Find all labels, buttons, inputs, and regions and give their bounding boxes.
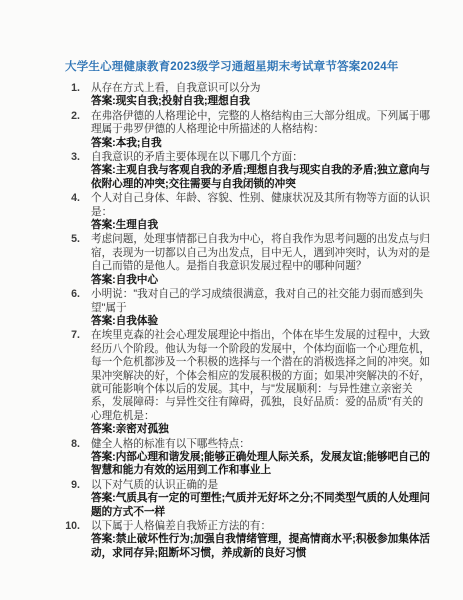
question-stem: 自我意识的矛盾主要体现在以下哪几个方面： (91, 151, 431, 164)
question-number: 9. (65, 479, 91, 492)
question-number: 2. (65, 110, 91, 123)
question-item: 9. 以下对气质的认识正确的是 答案:气质具有一定的可塑性;气质并无好坏之分;不… (65, 479, 445, 519)
question-answer: 答案:内部心理和谐发展;能够正确处理人际关系，发展友谊;能够吧自己的智慧和能力有… (91, 451, 431, 478)
question-stem: 在埃里克森的社会心理发展理论中指出，个体在毕生发展的过程中，大致经历八个阶段。他… (91, 329, 431, 423)
question-stem: 以下属于人格偏差自我矫正方法的有： (91, 520, 431, 533)
question-answer: 答案:亲密对孤独 (91, 423, 431, 436)
question-stem: 考虑问题，处理事情都已自我为中心，将自我作为思考问题的出发点与归宿，表现为一切都… (91, 233, 431, 273)
question-item: 6. 小明说："我对自己的学习成绩很满意，我对自己的社交能力弱而感到失望"属于 … (65, 288, 445, 328)
question-answer: 答案:本我;自我 (91, 137, 431, 150)
question-item: 4. 个人对自己身体、年龄、容貌、性别、健康状况及其所有物等方面的认识是： 答案… (65, 192, 445, 232)
question-stem: 从存在方式上看，自我意识可以分为 (91, 82, 431, 95)
question-number: 7. (65, 329, 91, 342)
question-number: 5. (65, 233, 91, 246)
question-number: 3. (65, 151, 91, 164)
question-item: 10. 以下属于人格偏差自我矫正方法的有： 答案:禁止破坏性行为;加强自我情绪管… (65, 520, 445, 560)
document-page: 大学生心理健康教育2023级学习通超星期末考试章节答案2024年 1. 从存在方… (0, 0, 463, 600)
question-stem: 以下对气质的认识正确的是 (91, 479, 431, 492)
question-number: 10. (65, 520, 91, 533)
question-number: 4. (65, 192, 91, 205)
question-answer: 答案:禁止破坏性行为;加强自我情绪管理，提高情商水平;积极参加集体活动，求同存异… (91, 533, 431, 560)
document-title: 大学生心理健康教育2023级学习通超星期末考试章节答案2024年 (65, 58, 445, 74)
question-item: 2. 在弗洛伊德的人格理论中，完整的人格结构由三大部分组成。下列属于哪理属于弗罗… (65, 110, 445, 150)
question-list: 1. 从存在方式上看，自我意识可以分为 答案:现实自我;投射自我;理想自我 2.… (65, 82, 445, 560)
question-item: 7. 在埃里克森的社会心理发展理论中指出，个体在毕生发展的过程中，大致经历八个阶… (65, 329, 445, 436)
question-number: 6. (65, 288, 91, 301)
question-stem: 健全人格的标准有以下哪些特点： (91, 438, 431, 451)
question-item: 1. 从存在方式上看，自我意识可以分为 答案:现实自我;投射自我;理想自我 (65, 82, 445, 109)
question-answer: 答案:自我中心 (91, 274, 431, 287)
question-answer: 答案:现实自我;投射自我;理想自我 (91, 95, 431, 108)
question-number: 1. (65, 82, 91, 95)
question-number: 8. (65, 438, 91, 451)
question-stem: 个人对自己身体、年龄、容貌、性别、健康状况及其所有物等方面的认识是： (91, 192, 431, 219)
question-answer: 答案:生理自我 (91, 219, 431, 232)
question-item: 3. 自我意识的矛盾主要体现在以下哪几个方面： 答案:主观自我与客观自我的矛盾;… (65, 151, 445, 191)
question-answer: 答案:主观自我与客观自我的矛盾;理想自我与现实自我的矛盾;独立意向与依附心理的冲… (91, 164, 431, 191)
question-answer: 答案:自我体验 (91, 315, 431, 328)
question-item: 5. 考虑问题，处理事情都已自我为中心，将自我作为思考问题的出发点与归宿，表现为… (65, 233, 445, 287)
question-stem: 在弗洛伊德的人格理论中，完整的人格结构由三大部分组成。下列属于哪理属于弗罗伊德的… (91, 110, 431, 137)
question-answer: 答案:气质具有一定的可塑性;气质并无好坏之分;不同类型气质的人处理问题的方式不一… (91, 492, 431, 519)
question-item: 8. 健全人格的标准有以下哪些特点： 答案:内部心理和谐发展;能够正确处理人际关… (65, 438, 445, 478)
question-stem: 小明说："我对自己的学习成绩很满意，我对自己的社交能力弱而感到失望"属于 (91, 288, 431, 315)
